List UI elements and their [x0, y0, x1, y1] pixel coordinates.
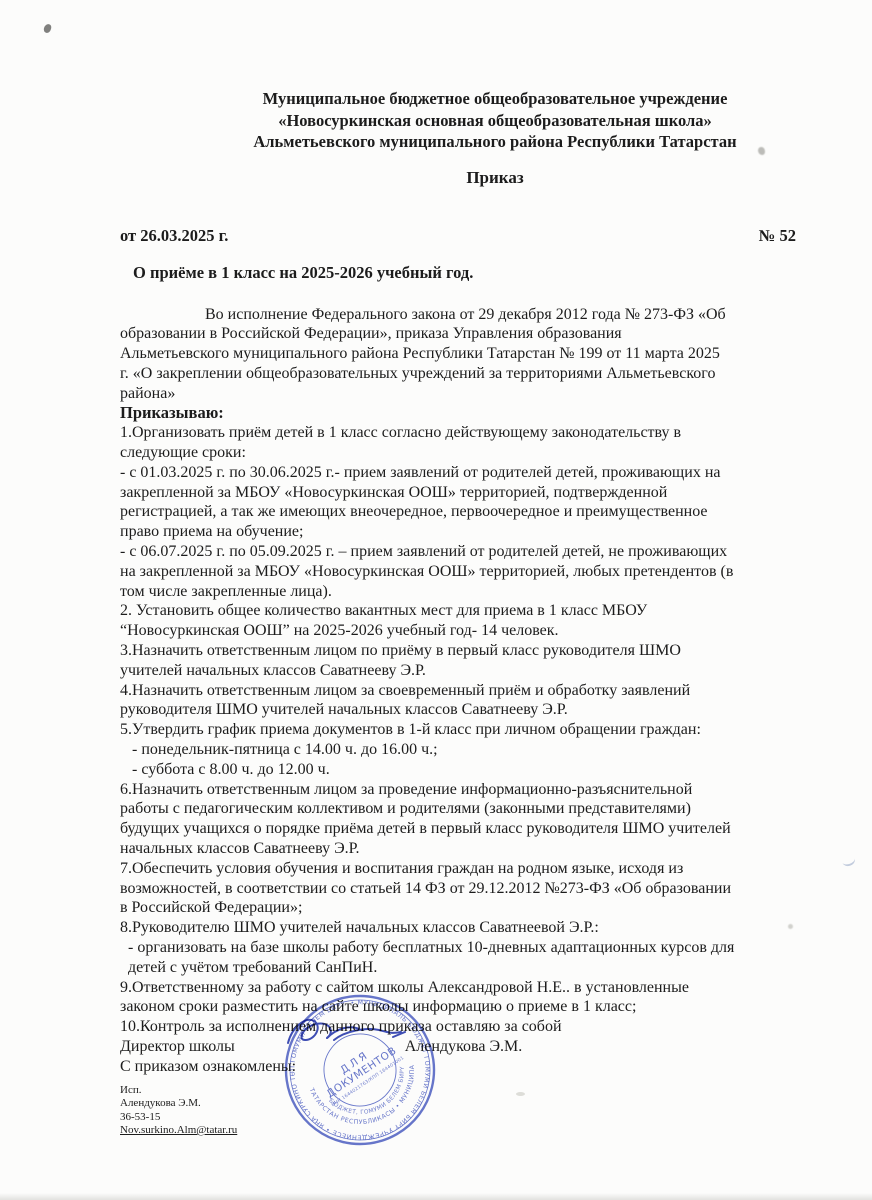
- document-line: 9.Ответственному за работу с сайтом школ…: [120, 978, 796, 998]
- document-line: будущих учащихся о порядке приёма детей …: [120, 819, 796, 839]
- scanned-document-page: Муниципальное бюджетное общеобразователь…: [0, 0, 872, 1200]
- document-line: образовании в Российской Федерации», при…: [120, 324, 796, 344]
- document-line: “Новосуркинская ООШ” на 2025-2026 учебны…: [120, 621, 796, 641]
- document-line: 5.Утвердить график приема документов в 1…: [120, 720, 796, 740]
- document-line: 6.Назначить ответственным лицом за прове…: [120, 780, 796, 800]
- document-line: 3.Назначить ответственным лицом по приём…: [120, 641, 796, 661]
- document-line: 1.Организовать приём детей в 1 класс сог…: [120, 423, 796, 443]
- signatory-position: Директор школы: [120, 1037, 235, 1057]
- document-line: 10.Контроль за исполнением данного прика…: [120, 1017, 796, 1037]
- document-line: Альметьевского муниципального района Рес…: [120, 344, 796, 364]
- executor-phone: 36-53-15: [120, 1111, 796, 1125]
- document-line: района»: [120, 384, 796, 404]
- document-line: 2. Установить общее количество вакантных…: [120, 601, 796, 621]
- org-name-line-1: Муниципальное бюджетное общеобразователь…: [194, 88, 796, 110]
- document-line: 7.Обеспечить условия обучения и воспитан…: [120, 859, 796, 879]
- document-line: в Российской Федерации»;: [120, 898, 796, 918]
- scan-bottom-edge: [0, 1193, 872, 1200]
- document-line: - понедельник-пятница с 14.00 ч. до 16.0…: [120, 740, 796, 760]
- document-line: - организовать на базе школы работу бесп…: [120, 938, 796, 958]
- body-lines: Во исполнение Федерального закона от 29 …: [120, 305, 796, 1037]
- document-line: регистрацией, а так же имеющих внеочеред…: [120, 502, 796, 522]
- meta-row: от 26.03.2025 г. № 52: [120, 225, 796, 246]
- document-number: № 52: [759, 225, 796, 246]
- executor-email: Nov.surkino.Alm@tatar.ru: [120, 1124, 796, 1138]
- document-line: начальных классов Саватнееву Э.Р.: [120, 839, 796, 859]
- document-line: детей с учётом требований СанПиН.: [120, 958, 796, 978]
- document-line: 4.Назначить ответственным лицом за своев…: [120, 681, 796, 701]
- document-line: руководителя ШМО учителей начальных клас…: [120, 700, 796, 720]
- document-header: Муниципальное бюджетное общеобразователь…: [120, 88, 796, 153]
- document-line: г. «О закреплении общеобразовательных уч…: [120, 364, 796, 384]
- document-line: - суббота с 8.00 ч. до 12.00 ч.: [120, 760, 796, 780]
- document-line: возможностей, в соответствии со статьей …: [120, 879, 796, 899]
- acknowledgement-line: С приказом ознакомлены:: [120, 1057, 796, 1077]
- document-line: законом сроки разместить на сайте школы …: [120, 997, 796, 1017]
- signature-line: Директор школы Алендукова Э.М.: [120, 1037, 796, 1057]
- scan-artifact: [841, 853, 857, 867]
- executor-block: Исп. Алендукова Э.М. 36-53-15 Nov.surkin…: [120, 1084, 796, 1138]
- document-line: - с 06.07.2025 г. по 05.09.2025 г. – при…: [120, 542, 796, 562]
- document-line: том числе закрепленные лица).: [120, 582, 796, 602]
- executor-name: Алендукова Э.М.: [120, 1097, 796, 1111]
- scan-artifact: [43, 23, 52, 33]
- document-line: следующие сроки:: [120, 443, 796, 463]
- document-line: - с 01.03.2025 г. по 30.06.2025 г.- прие…: [120, 463, 796, 483]
- org-name-line-3: Альметьевского муниципального района Рес…: [194, 131, 796, 153]
- executor-label: Исп.: [120, 1084, 796, 1098]
- document-line: работы с педагогическим коллективом и ро…: [120, 799, 796, 819]
- document-subject: О приёме в 1 класс на 2025-2026 учебный …: [120, 262, 796, 283]
- org-name-line-2: «Новосуркинская основная общеобразовател…: [194, 110, 796, 132]
- document-line: Во исполнение Федерального закона от 29 …: [120, 305, 796, 325]
- document-line: на закрепленной за МБОУ «Новосуркинская …: [120, 562, 796, 582]
- document-line: 8.Руководителю ШМО учителей начальных кл…: [120, 918, 796, 938]
- document-date: от 26.03.2025 г.: [120, 225, 228, 246]
- director-signature: [282, 1012, 412, 1054]
- document-line: Приказываю:: [120, 403, 796, 423]
- document-line: учителей начальных классов Саватнееву Э.…: [120, 661, 796, 681]
- document-line: закрепленной за МБОУ «Новосуркинская ООШ…: [120, 483, 796, 503]
- document-content: Муниципальное бюджетное общеобразователь…: [120, 88, 796, 1138]
- document-type-title: Приказ: [120, 168, 796, 188]
- document-line: право приема на обучение;: [120, 522, 796, 542]
